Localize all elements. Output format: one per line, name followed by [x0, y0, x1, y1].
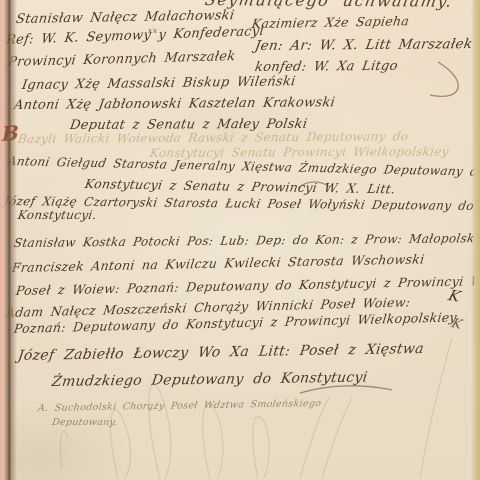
underline-flourish	[300, 386, 392, 393]
signature-descender-flourish	[430, 62, 458, 96]
manuscript-line: Konstytucyi.	[17, 208, 98, 222]
manuscript-page: Seymuiącego uchwalamy. Stanisław Nałęcz …	[0, 0, 480, 480]
manuscript-line: konfed: W. Xa Litgo	[254, 59, 399, 75]
red-initial: B	[2, 120, 20, 146]
cropped-text-fragment: Seymuiącego uchwalamy.	[204, 0, 454, 11]
binding-edge-left	[0, 0, 17, 480]
manuscript-line: Kazimierz Xże Sapieha	[251, 13, 411, 31]
page-edge-right	[471, 0, 480, 480]
manuscript-line-faded: Bazyli Walicki Woiewoda Rawski z Senatu …	[17, 129, 410, 146]
manuscript-line-small: Deputowany.	[51, 417, 118, 428]
manuscript-line: Jen: Ar: W. X. Litt Marszałek	[254, 36, 474, 54]
manuscript-line: Antoni Xżę Jabłonowski Kasztelan Krakows…	[13, 95, 336, 113]
